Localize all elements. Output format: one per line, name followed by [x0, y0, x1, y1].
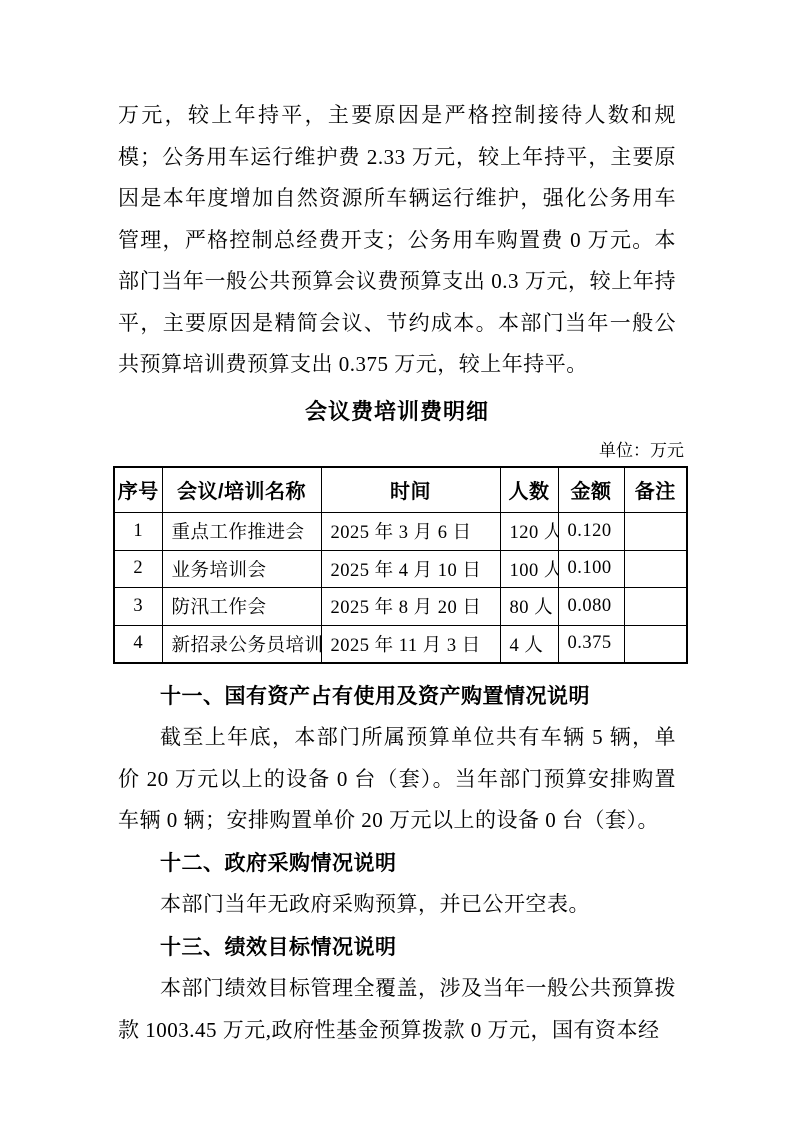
- cell-people: 120 人: [500, 513, 558, 551]
- cell-amount: 0.080: [558, 588, 624, 626]
- table-row: 3 防汛工作会 2025 年 8 月 20 日 80 人 0.080: [114, 588, 687, 626]
- col-header-seq: 序号: [114, 467, 162, 513]
- unit-label: 单位：万元: [113, 438, 686, 464]
- section-body-performance-goals: 本部门绩效目标管理全覆盖，涉及当年一般公共预算拨款 1003.45 万元,政府性…: [118, 968, 676, 1051]
- document-page: 万元，较上年持平，主要原因是严格控制接待人数和规模；公务用车运行维护费 2.33…: [0, 0, 793, 1122]
- cell-seq: 2: [114, 550, 162, 588]
- cell-name: 业务培训会: [162, 550, 321, 588]
- table-row: 2 业务培训会 2025 年 4 月 10 日 100 人 0.100: [114, 550, 687, 588]
- table-row: 1 重点工作推进会 2025 年 3 月 6 日 120 人 0.120: [114, 513, 687, 551]
- col-header-people: 人数: [500, 467, 558, 513]
- cell-remark: [624, 625, 687, 663]
- cell-remark: [624, 588, 687, 626]
- section-body-state-assets: 截至上年底，本部门所属预算单位共有车辆 5 辆，单价 20 万元以上的设备 0 …: [118, 717, 676, 842]
- section-heading-performance-goals: 十三、绩效目标情况说明: [118, 926, 676, 969]
- table-title: 会议费培训费明细: [118, 392, 676, 432]
- cell-remark: [624, 550, 687, 588]
- cell-people: 100 人: [500, 550, 558, 588]
- cell-name: 新招录公务员培训: [162, 625, 321, 663]
- document-content: 万元，较上年持平，主要原因是严格控制接待人数和规模；公务用车运行维护费 2.33…: [118, 95, 676, 1051]
- cell-remark: [624, 513, 687, 551]
- table-row: 4 新招录公务员培训 2025 年 11 月 3 日 4 人 0.375: [114, 625, 687, 663]
- cell-time: 2025 年 3 月 6 日: [321, 513, 500, 551]
- cell-amount: 0.120: [558, 513, 624, 551]
- cell-time: 2025 年 4 月 10 日: [321, 550, 500, 588]
- col-header-time: 时间: [321, 467, 500, 513]
- section-body-gov-procurement: 本部门当年无政府采购预算，并已公开空表。: [118, 884, 676, 926]
- col-header-amount: 金额: [558, 467, 624, 513]
- cell-amount: 0.100: [558, 550, 624, 588]
- section-heading-state-assets: 十一、国有资产占有使用及资产购置情况说明: [118, 675, 676, 718]
- table-header-row: 序号 会议/培训名称 时间 人数 金额 备注: [114, 467, 687, 513]
- section-heading-gov-procurement: 十二、政府采购情况说明: [118, 842, 676, 885]
- cell-name: 重点工作推进会: [162, 513, 321, 551]
- cell-seq: 4: [114, 625, 162, 663]
- paragraph-continuation: 万元，较上年持平，主要原因是严格控制接待人数和规模；公务用车运行维护费 2.33…: [118, 95, 676, 386]
- cell-amount: 0.375: [558, 625, 624, 663]
- cell-seq: 1: [114, 513, 162, 551]
- cell-people: 4 人: [500, 625, 558, 663]
- cell-name: 防汛工作会: [162, 588, 321, 626]
- cell-time: 2025 年 8 月 20 日: [321, 588, 500, 626]
- col-header-name: 会议/培训名称: [162, 467, 321, 513]
- meeting-training-table: 序号 会议/培训名称 时间 人数 金额 备注 1 重点工作推进会 2025 年 …: [113, 466, 688, 664]
- col-header-remark: 备注: [624, 467, 687, 513]
- cell-seq: 3: [114, 588, 162, 626]
- cell-people: 80 人: [500, 588, 558, 626]
- cell-time: 2025 年 11 月 3 日: [321, 625, 500, 663]
